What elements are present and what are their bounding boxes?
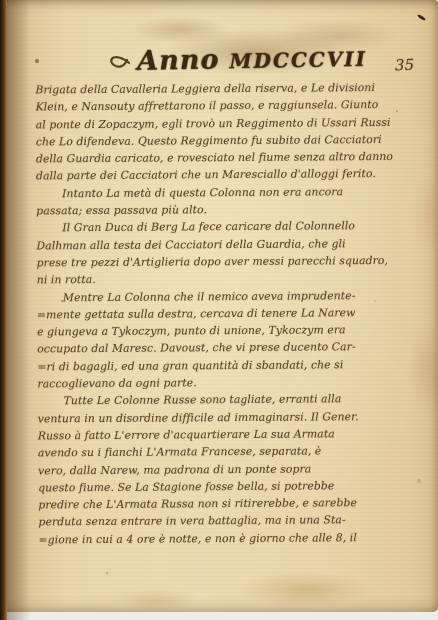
manuscript-line: =gione in cui a 4 ore è notte, e non è g… [39,528,435,548]
manuscript-line: dalla parte dei Cacciatori che un Maresc… [36,165,432,185]
manuscript-line: prese tre pezzi d'Artiglieria dopo aver … [37,252,433,272]
swash-flourish-ornament [106,50,130,78]
binding-edge [0,0,7,620]
page-heading: Anno MDCCCVII [106,42,367,79]
manuscript-line: Klein, e Nansouty affrettarono il passo,… [35,96,431,116]
page-number: 35 [395,56,415,75]
manuscript-page: Anno MDCCCVII 35 Brigata della Cavalleri… [6,0,438,612]
heading-year-word: Anno [137,44,220,76]
ink-speck [417,14,426,21]
manuscript-scan: Anno MDCCCVII 35 Brigata della Cavalleri… [0,0,438,620]
text-block: Brigata della Cavalleria Leggiera della … [35,79,434,549]
heading-roman-numerals: MDCCCVII [229,47,367,73]
